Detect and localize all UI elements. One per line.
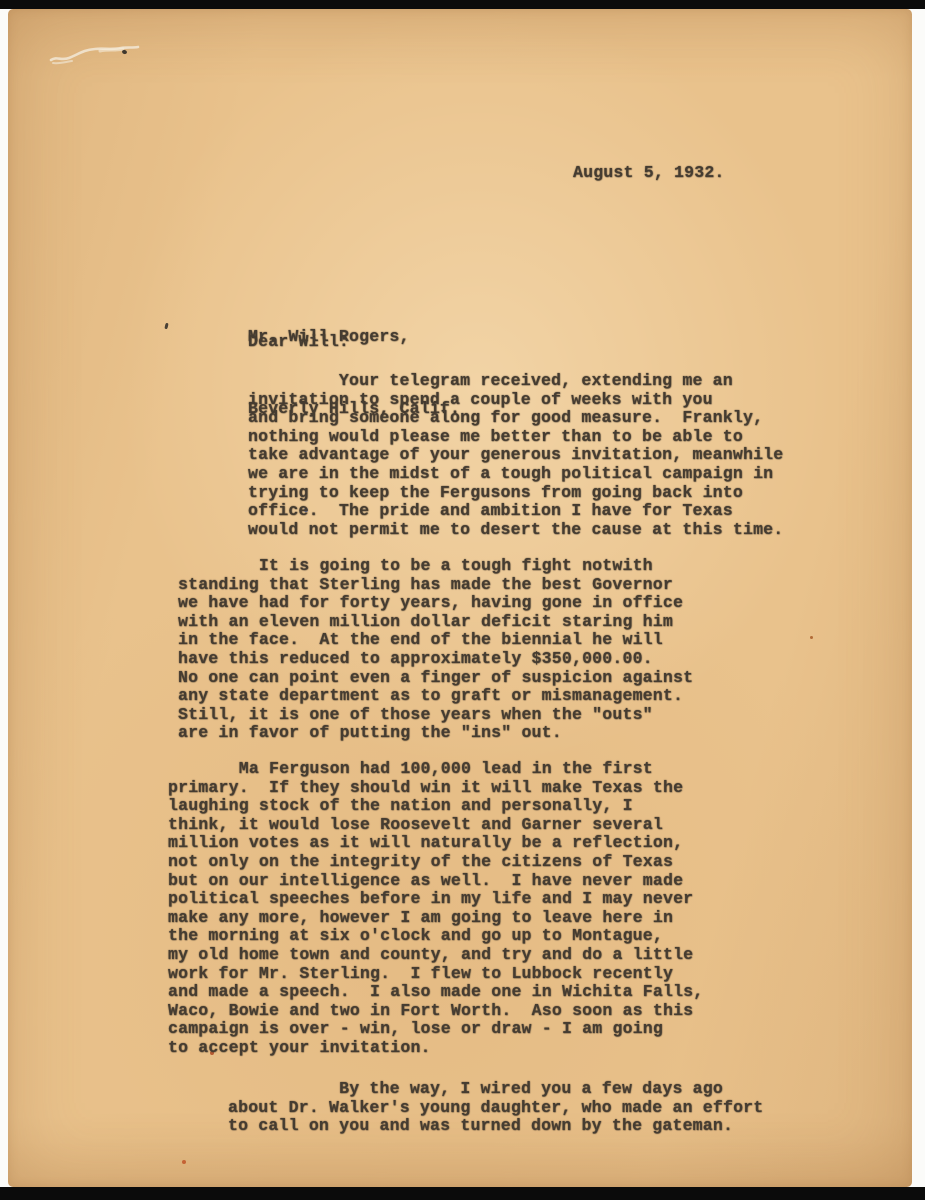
paragraph-2: It is going to be a tough fight notwith … — [178, 557, 693, 743]
rust-speck — [810, 636, 813, 639]
letter-date: August 5, 1932. — [573, 164, 725, 183]
red-speck — [182, 1160, 186, 1164]
film-edge-top — [0, 0, 925, 9]
salutation: Dear Will: — [248, 333, 349, 352]
letter-paper: August 5, 1932. Mr. Will Rogers, Beverly… — [8, 9, 912, 1187]
paragraph-4: By the way, I wired you a few days ago a… — [228, 1080, 763, 1136]
paragraph-3: Ma Ferguson had 100,000 lead in the firs… — [168, 760, 703, 1058]
paragraph-1: Your telegram received, extending me an … — [248, 372, 783, 539]
stray-mark — [164, 323, 168, 330]
film-edge-bottom — [0, 1187, 925, 1200]
pencil-scratch-mark — [45, 36, 145, 72]
